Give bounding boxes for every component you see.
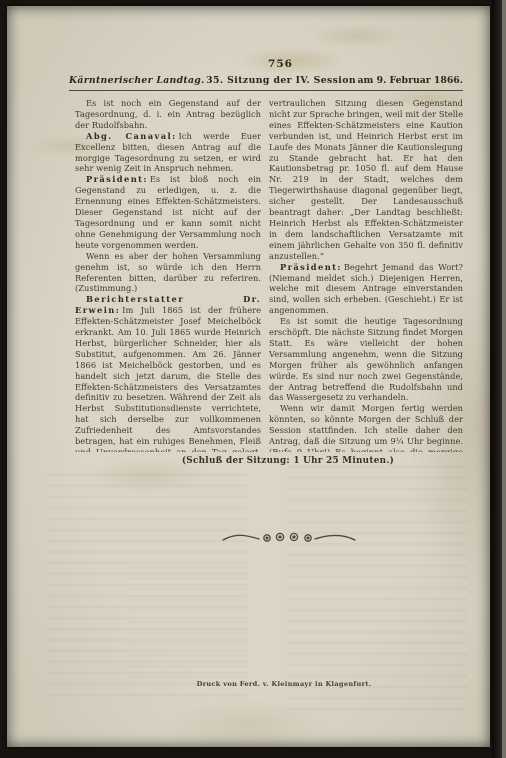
bleedthrough-ghost bbox=[127, 566, 247, 686]
paragraph-text: vertraulichen Sitzung diesen Gegenstand … bbox=[269, 98, 463, 261]
journal-title: Kärntnerischer Landtag. bbox=[69, 75, 205, 86]
masthead: Kärntnerischer Landtag. 35. Sitzung der … bbox=[69, 75, 463, 91]
paragraph-text: Im Juli 1865 ist der frühere Effekten-Sc… bbox=[75, 305, 261, 452]
paragraph: Es ist noch ein Gegenstand auf der Tages… bbox=[75, 98, 261, 131]
paragraph-text: Es ist somit die heutige Tagesordnung er… bbox=[269, 316, 463, 402]
paragraph-text: Wenn es aber der hohen Versammlung geneh… bbox=[75, 251, 261, 294]
session-title: 35. Sitzung der IV. Session bbox=[206, 75, 356, 86]
paragraph: Wenn es aber der hohen Versammlung geneh… bbox=[75, 251, 261, 295]
paragraph: Wenn wir damit Morgen fertig werden könn… bbox=[269, 403, 463, 452]
speaker-name: Präsident: bbox=[86, 174, 148, 184]
bleedthrough-ghost bbox=[287, 466, 467, 716]
speaker-name: Präsident: bbox=[280, 262, 342, 272]
paragraph-text: Wenn wir damit Morgen fertig werden könn… bbox=[269, 403, 463, 452]
closing-line: (Schluß der Sitzung: 1 Uhr 25 Minuten.) bbox=[91, 456, 485, 466]
left-column: Es ist noch ein Gegenstand auf der Tages… bbox=[75, 98, 261, 452]
paragraph: Präsident:Es ist bloß noch ein Gegenstan… bbox=[75, 174, 261, 250]
paragraph-text: Es ist bloß noch ein Gegenstand zu erled… bbox=[75, 174, 261, 249]
flourish-divider-icon bbox=[219, 528, 359, 548]
paragraph-text: Es ist noch ein Gegenstand auf der Tages… bbox=[75, 98, 261, 130]
paragraph: Berichterstatter Dr. Erwein:Im Juli 1865… bbox=[75, 294, 261, 452]
paragraph: Präsident:Begehrt Jemand das Wort? (Niem… bbox=[269, 262, 463, 317]
scan-background: { "page": { "number": "756", "header": {… bbox=[0, 0, 506, 758]
page-paper: 756 Kärntnerischer Landtag. 35. Sitzung … bbox=[7, 6, 490, 747]
scan-edge-strip bbox=[502, 0, 506, 758]
paragraph: Abg. Canaval:Ich werde Euer Excellenz bi… bbox=[75, 131, 261, 175]
bleedthrough-ghost bbox=[47, 474, 247, 704]
right-column: vertraulichen Sitzung diesen Gegenstand … bbox=[269, 98, 463, 452]
speaker-name: Abg. Canaval: bbox=[86, 131, 177, 141]
paragraph: Es ist somit die heutige Tagesordnung er… bbox=[269, 316, 463, 403]
session-date: am 9. Februar 1866. bbox=[358, 75, 463, 86]
page-number: 756 bbox=[39, 58, 506, 70]
imprint-line: Druck von Ferd. v. Kleinmayr in Klagenfu… bbox=[87, 680, 481, 688]
paragraph: vertraulichen Sitzung diesen Gegenstand … bbox=[269, 98, 463, 262]
